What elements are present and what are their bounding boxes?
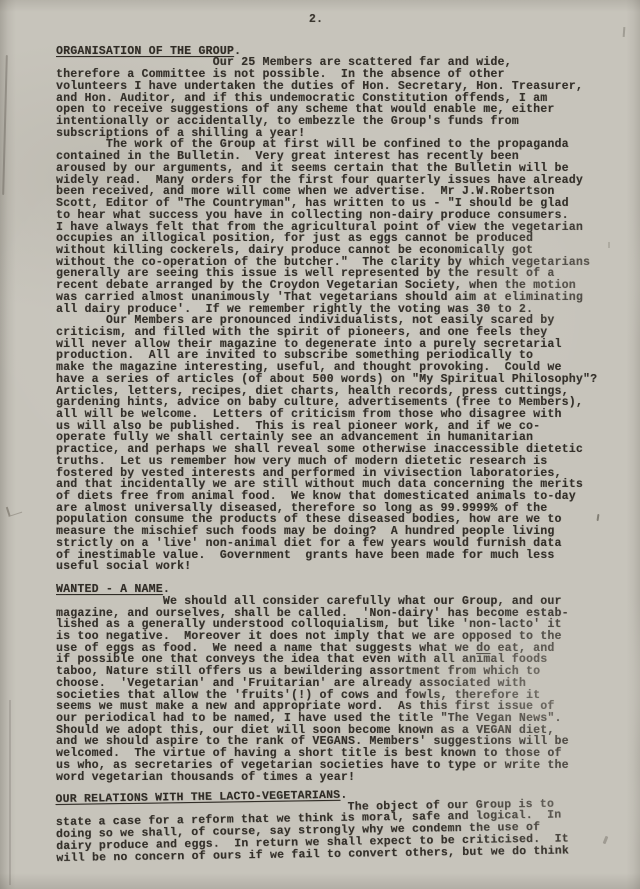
pencil-mark [6,503,22,517]
document-section: ORGANISATION OF THE GROUP. Our 25 Member… [56,46,604,573]
page-number: 2. [56,14,604,26]
document-line: useful social work! [56,561,604,573]
document-line: volunteers I have undertaken the duties … [56,81,604,93]
document-line: intentionally or accidentally, to embezz… [56,116,604,128]
document-line: is too negative. Moreover it does not im… [56,631,604,643]
document-line: to hear what success you have in collect… [56,210,604,222]
document-line: aroused by our arguments, and it seems c… [56,163,604,175]
document-section: WANTED - A NAME. We should all consider … [56,584,604,783]
scan-fold-line [9,700,11,885]
document-section: OUR RELATIONS WITH THE LACTO-VEGETARIANS… [55,786,604,864]
document-line: all will be welcome. Letters of criticis… [56,409,604,421]
document-line: our periodical had to be named, I have u… [56,713,604,725]
document-line: criticism, and filled with the spirit of… [56,327,604,339]
document-line: truths. Let us remember how very much of… [56,456,604,468]
scanned-page: 2. ORGANISATION OF THE GROUP. Our 25 Mem… [0,0,640,889]
ink-speck [608,242,610,248]
scan-fold-line [2,55,8,195]
ink-speck [623,27,626,37]
document-line: We should all consider carefully what ou… [56,596,604,608]
document-content: 2. ORGANISATION OF THE GROUP. Our 25 Mem… [56,14,604,865]
document-line: of diets free from animal food. We know … [56,491,604,503]
document-line: have a series of articles (of about 500 … [56,374,604,386]
document-line: was carried almost unanimously 'That veg… [56,292,604,304]
document-line: choose. 'Vegetarian' and 'Fruitarian' ar… [56,678,604,690]
document-line: strictly on a 'live' non-animal diet for… [56,538,604,550]
document-line: us who, as secretaries of vegetarian soc… [56,760,604,772]
document-line: without killing cockerels, dairy produce… [56,245,604,257]
document-line: word vegetarian thousands of times a yea… [56,772,604,784]
sections: ORGANISATION OF THE GROUP. Our 25 Member… [56,46,604,865]
